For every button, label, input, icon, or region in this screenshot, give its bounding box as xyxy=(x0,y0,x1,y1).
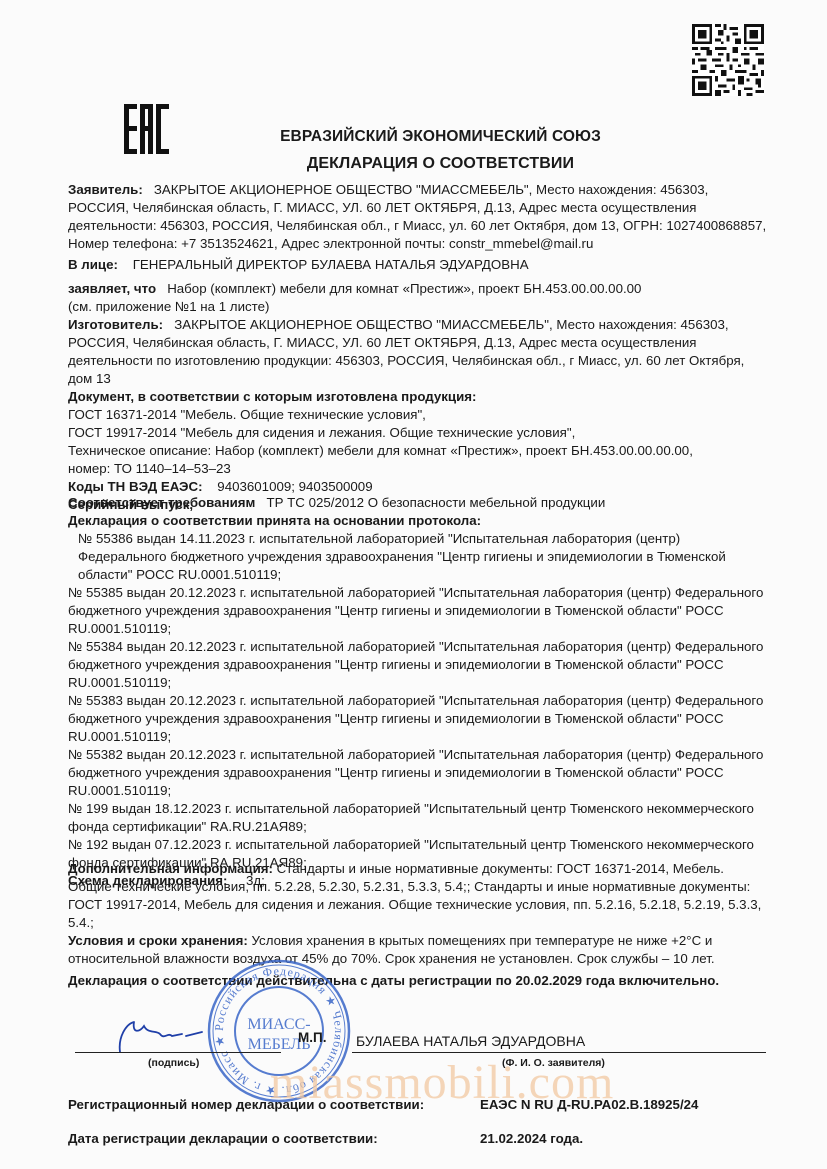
signer-name: БУЛАЕВА НАТАЛЬЯ ЭДУАРДОВНА xyxy=(356,1033,585,1049)
document-line: ГОСТ 16371-2014 "Мебель. Общие техническ… xyxy=(68,406,768,424)
declares-section: заявляет, что Набор (комплект) мебели дл… xyxy=(68,280,768,514)
protocol-item: № 55383 выдан 20.12.2023 г. испытательно… xyxy=(68,692,768,746)
protocol-item: № 55385 выдан 20.12.2023 г. испытательно… xyxy=(68,584,768,638)
registration-date-value: 21.02.2024 года. xyxy=(480,1131,583,1146)
signature-caption: (подпись) xyxy=(148,1057,199,1069)
complies-value: ТР ТС 025/2012 О безопасности мебельной … xyxy=(266,495,605,510)
protocol-item: № 55386 выдан 14.11.2023 г. испытательно… xyxy=(68,530,768,584)
additional-label: Дополнительная информация: xyxy=(68,861,273,876)
document-line: номер: ТО 1140–14–53–23 xyxy=(68,460,768,478)
signature-icon xyxy=(112,1012,212,1057)
protocol-item: № 55382 выдан 20.12.2023 г. испытательно… xyxy=(68,746,768,800)
protocol-item: № 55384 выдан 20.12.2023 г. испытательно… xyxy=(68,638,768,692)
codes-value: 9403601009; 9403500009 xyxy=(217,479,372,494)
registration-number-value: ЕАЭС N RU Д-RU.РА02.В.18925/24 xyxy=(480,1097,698,1112)
documents-label: Документ, в соответствии с которым изгот… xyxy=(68,389,476,404)
document-title: ДЕКЛАРАЦИЯ О СООТВЕТСТВИИ xyxy=(27,155,827,173)
manufacturer-text: ЗАКРЫТОЕ АКЦИОНЕРНОЕ ОБЩЕСТВО "МИАССМЕБЕ… xyxy=(68,317,744,386)
codes-label: Коды ТН ВЭД ЕАЭС: xyxy=(68,479,203,494)
protocol-item: № 199 выдан 18.12.2023 г. испытательной … xyxy=(68,800,768,836)
registration-number-label: Регистрационный номер декларации о соотв… xyxy=(68,1097,424,1112)
validity-statement: Декларация о соответствии действительна … xyxy=(68,972,768,990)
storage-label: Условия и сроки хранения: xyxy=(68,933,248,948)
manufacturer-label: Изготовитель: xyxy=(68,317,163,332)
represented-section: В лице: ГЕНЕРАЛЬНЫЙ ДИРЕКТОР БУЛАЕВА НАТ… xyxy=(68,256,768,274)
represented-label: В лице: xyxy=(68,257,118,272)
protocols-label: Декларация о соответствии принята на осн… xyxy=(68,513,481,528)
product-name: Набор (комплект) мебели для комнат «Прес… xyxy=(167,281,641,296)
applicant-text: ЗАКРЫТОЕ АКЦИОНЕРНОЕ ОБЩЕСТВО "МИАССМЕБЕ… xyxy=(68,182,766,251)
complies-section: Соответствует требованиям ТР ТС 025/2012… xyxy=(68,494,768,890)
represented-text: ГЕНЕРАЛЬНЫЙ ДИРЕКТОР БУЛАЕВА НАТАЛЬЯ ЭДУ… xyxy=(133,257,529,272)
complies-label: Соответствует требованиям xyxy=(68,495,255,510)
signature-line xyxy=(75,1052,281,1053)
name-line xyxy=(352,1052,766,1053)
qr-code-icon[interactable] xyxy=(692,24,764,96)
registration-date-label: Дата регистрации декларации о соответств… xyxy=(68,1131,378,1146)
declaration-page: ЕВРАЗИЙСКИЙ ЭКОНОМИЧЕСКИЙ СОЮЗ ДЕКЛАРАЦИ… xyxy=(0,0,827,1169)
declares-label: заявляет, что xyxy=(68,281,156,296)
stamp-placeholder-label: М.П. xyxy=(298,1030,326,1045)
document-line: ГОСТ 19917-2014 "Мебель для сидения и ле… xyxy=(68,424,768,442)
document-line: Техническое описание: Набор (комплект) м… xyxy=(68,442,768,460)
appendix-note: (см. приложение №1 на 1 листе) xyxy=(68,298,768,316)
applicant-label: Заявитель: xyxy=(68,182,143,197)
additional-section: Дополнительная информация: Стандарты и и… xyxy=(68,860,768,968)
union-title: ЕВРАЗИЙСКИЙ ЭКОНОМИЧЕСКИЙ СОЮЗ xyxy=(27,128,827,146)
applicant-section: Заявитель: ЗАКРЫТОЕ АКЦИОНЕРНОЕ ОБЩЕСТВО… xyxy=(68,181,768,253)
